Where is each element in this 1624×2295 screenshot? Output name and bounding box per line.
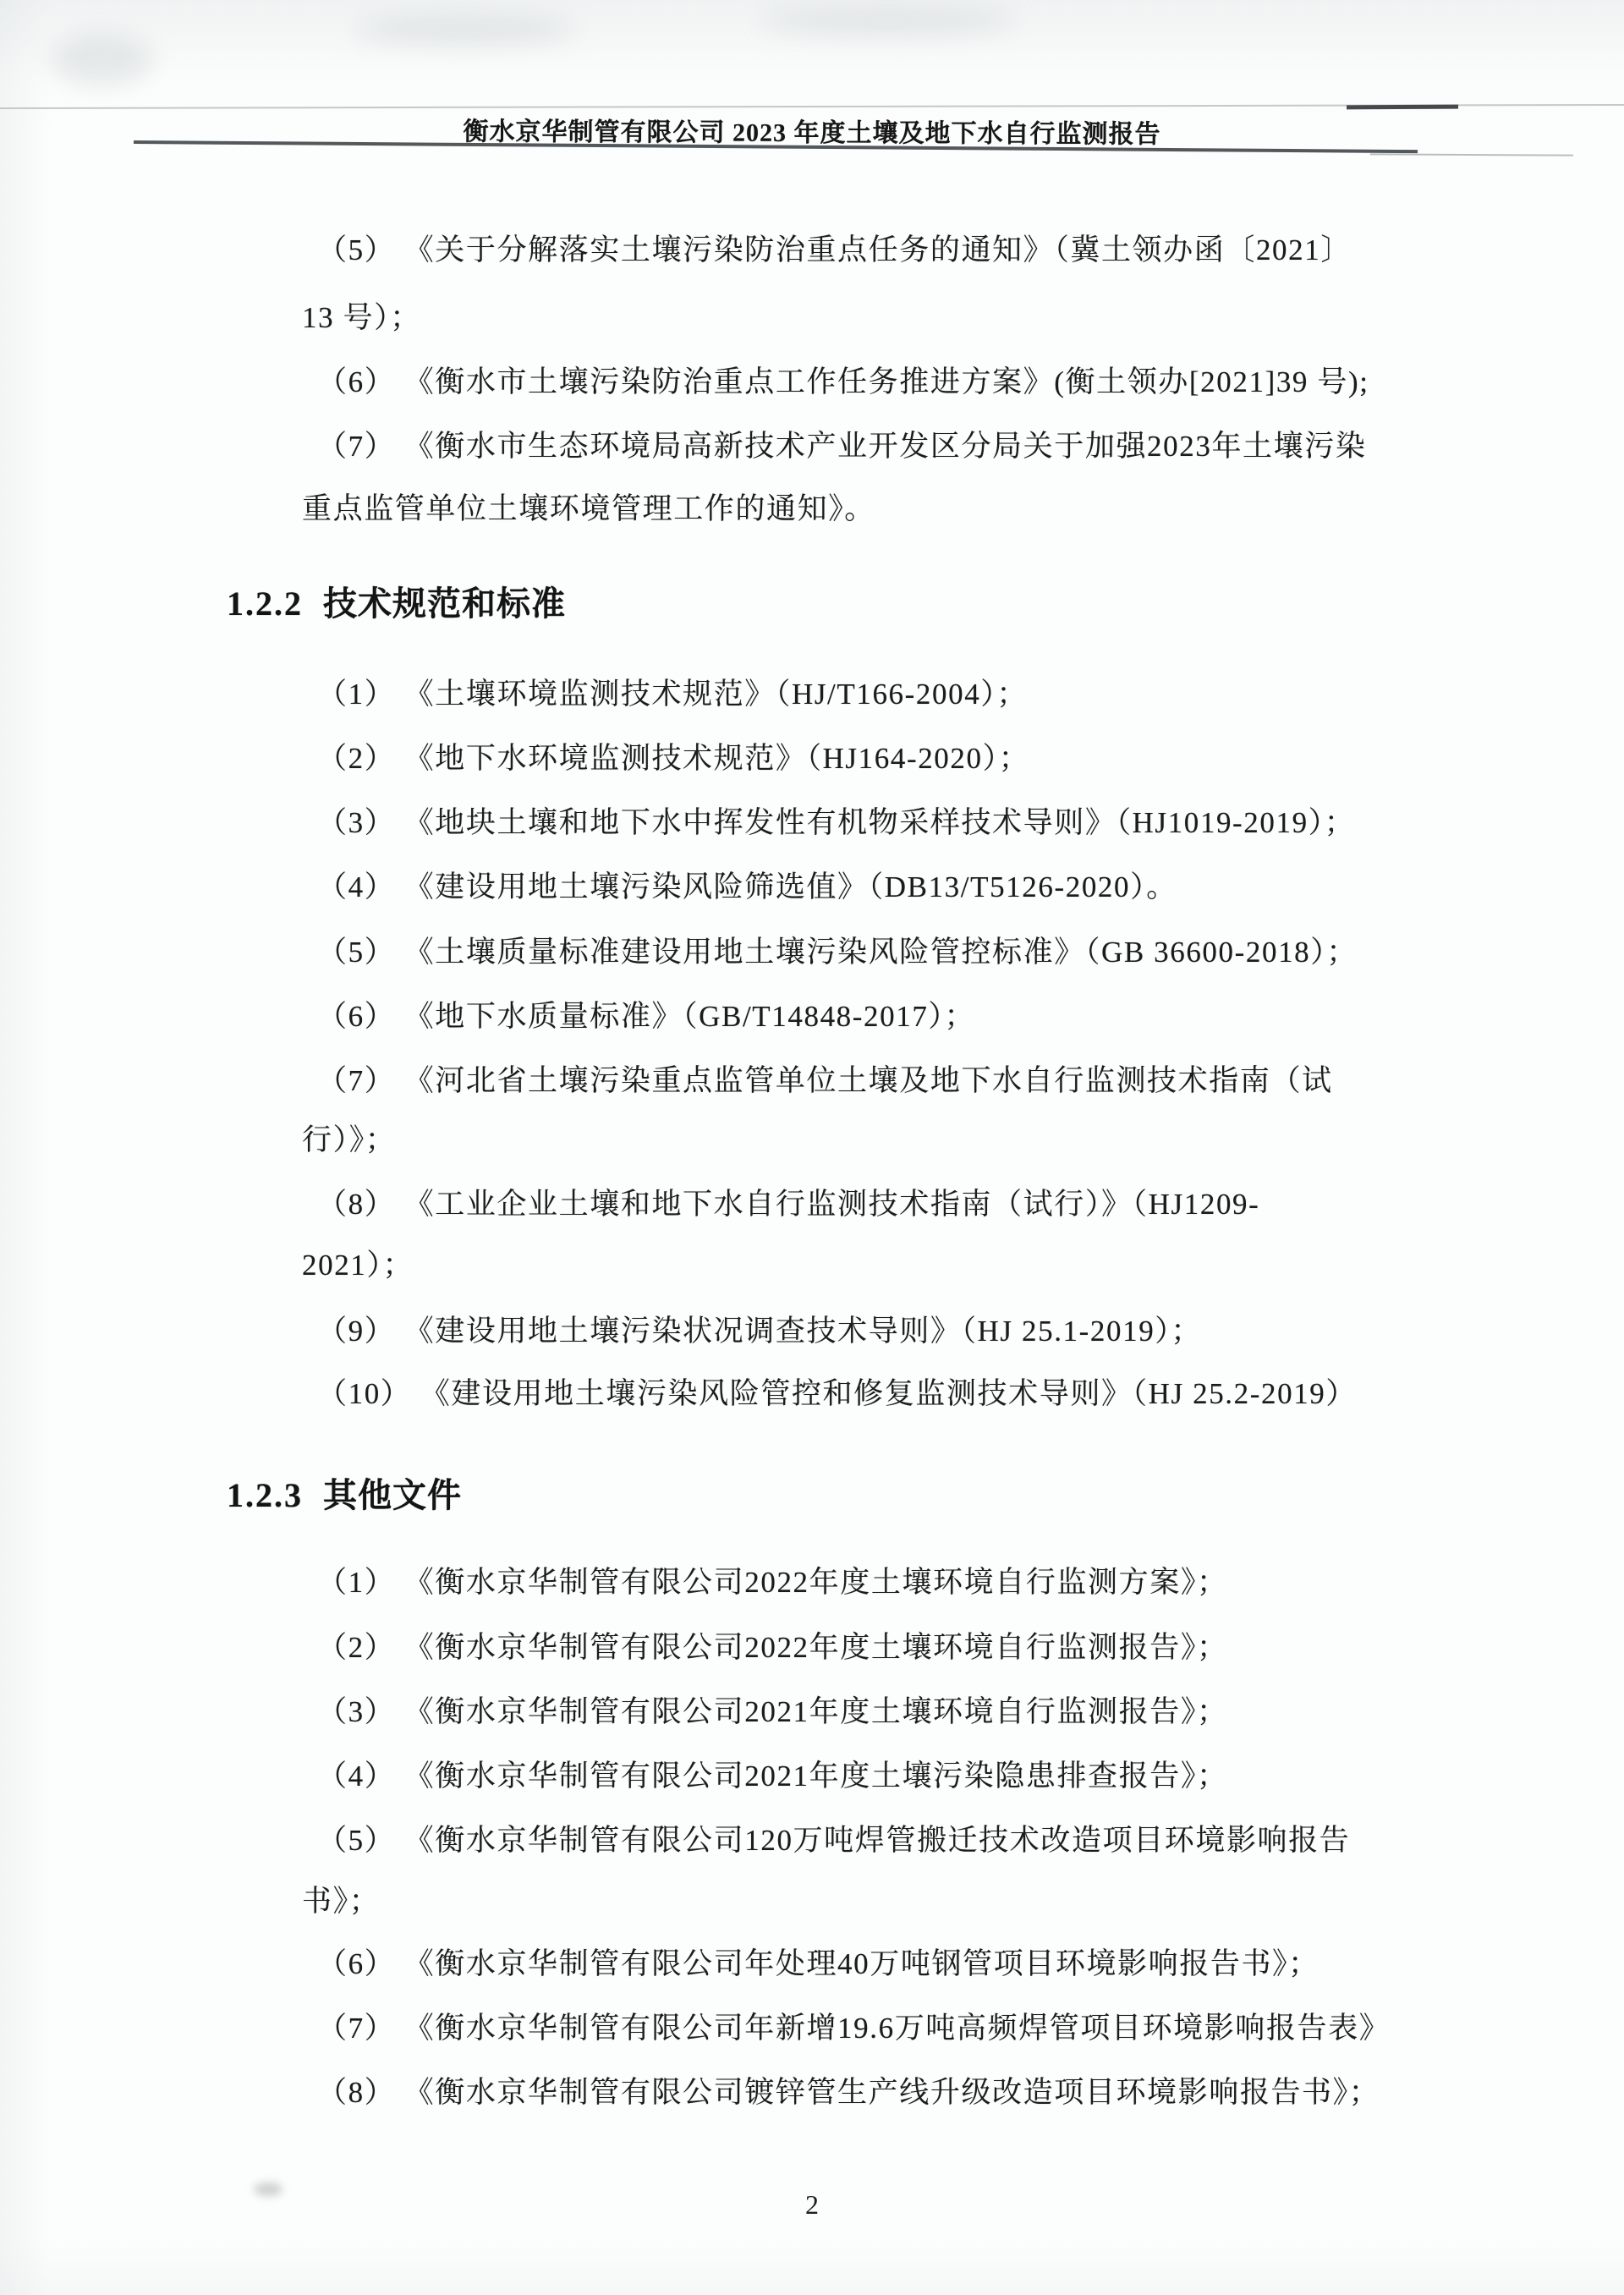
section-heading-1-2-3: 1.2.3其他文件 bbox=[227, 1469, 462, 1517]
section-heading-1-2-2: 1.2.2技术规范和标准 bbox=[227, 577, 566, 625]
section-title: 其他文件 bbox=[323, 1476, 462, 1514]
list-item-5-line-2: 13 号）； bbox=[302, 294, 421, 337]
doc-item-1: （1） 《衡水京华制管有限公司2022年度土壤环境自行监测方案》； bbox=[317, 1559, 1228, 1601]
std-item-10: （10） 《建设用地土壤污染风险管控和修复监测技术导则》（HJ 25.2-201… bbox=[317, 1370, 1357, 1413]
list-item-5-line-1: （5） 《关于分解落实土壤污染防治重点任务的通知》（冀土领办函〔2021〕 bbox=[317, 227, 1352, 269]
std-item-7-line-1: （7） 《河北省土壤污染重点监管单位土壤及地下水自行监测技术指南（试 bbox=[317, 1057, 1333, 1100]
std-item-4: （4） 《建设用地土壤污染风险筛选值》（DB13/T5126-2020）。 bbox=[317, 864, 1177, 906]
list-item-7-line-1: （7） 《衡水市生态环境局高新技术产业开发区分局关于加强2023年土壤污染 bbox=[317, 423, 1366, 465]
doc-item-3: （3） 《衡水京华制管有限公司2021年度土壤环境自行监测报告》； bbox=[317, 1688, 1228, 1731]
std-item-8-line-2: 2021）； bbox=[302, 1242, 414, 1284]
doc-item-2: （2） 《衡水京华制管有限公司2022年度土壤环境自行监测报告》； bbox=[317, 1624, 1228, 1666]
section-number: 1.2.2 bbox=[227, 585, 303, 623]
header-rule-tail bbox=[1370, 153, 1573, 156]
header-rule-dark-segment bbox=[1347, 105, 1458, 110]
doc-item-7: （7） 《衡水京华制管有限公司年新增19.6万吨高频焊管项目环境影响报告表》 bbox=[317, 2005, 1390, 2047]
std-item-3: （3） 《地块土壤和地下水中挥发性有机物采样技术导则》（HJ1019-2019）… bbox=[317, 799, 1355, 842]
page-number: 2 bbox=[0, 2189, 1624, 2221]
list-item-7-line-2: 重点监管单位土壤环境管理工作的通知》。 bbox=[302, 486, 875, 528]
std-item-9: （9） 《建设用地土壤污染状况调查技术导则》（HJ 25.1-2019）； bbox=[317, 1308, 1202, 1350]
doc-item-6: （6） 《衡水京华制管有限公司年处理40万吨钢管项目环境影响报告书》； bbox=[317, 1941, 1319, 1983]
doc-item-8: （8） 《衡水京华制管有限公司镀锌管生产线升级改造项目环境影响报告书》； bbox=[317, 2069, 1380, 2111]
doc-item-5-line-1: （5） 《衡水京华制管有限公司120万吨焊管搬迁技术改造项目环境影响报告 bbox=[317, 1817, 1350, 1859]
std-item-1: （1） 《土壤环境监测技术规范》（HJ/T166-2004）； bbox=[317, 671, 1028, 713]
doc-item-5-line-2: 书》； bbox=[302, 1878, 380, 1920]
scan-smudge bbox=[761, 8, 1015, 34]
scan-smudge bbox=[355, 15, 575, 44]
scan-smudge bbox=[51, 34, 152, 85]
section-title: 技术规范和标准 bbox=[323, 585, 566, 623]
scanned-report-page: 衡水京华制管有限公司 2023 年度土壤及地下水自行监测报告 （5） 《关于分解… bbox=[0, 0, 1624, 2295]
list-item-6: （6） 《衡水市土壤污染防治重点工作任务推进方案》(衡土领办[2021]39 号… bbox=[317, 359, 1369, 401]
std-item-5: （5） 《土壤质量标准建设用地土壤污染风险管控标准》（GB 36600-2018… bbox=[317, 929, 1358, 971]
doc-item-4: （4） 《衡水京华制管有限公司2021年度土壤污染隐患排查报告》； bbox=[317, 1753, 1228, 1795]
std-item-8-line-1: （8） 《工业企业土壤和地下水自行监测技术指南（试行）》（HJ1209- bbox=[317, 1181, 1259, 1223]
std-item-6: （6） 《地下水质量标准》（GB/T14848-2017）； bbox=[317, 993, 975, 1035]
std-item-2: （2） 《地下水环境监测技术规范》（HJ164-2020）； bbox=[317, 735, 1029, 777]
std-item-7-line-2: 行）》； bbox=[302, 1117, 396, 1159]
section-number: 1.2.3 bbox=[227, 1476, 303, 1514]
